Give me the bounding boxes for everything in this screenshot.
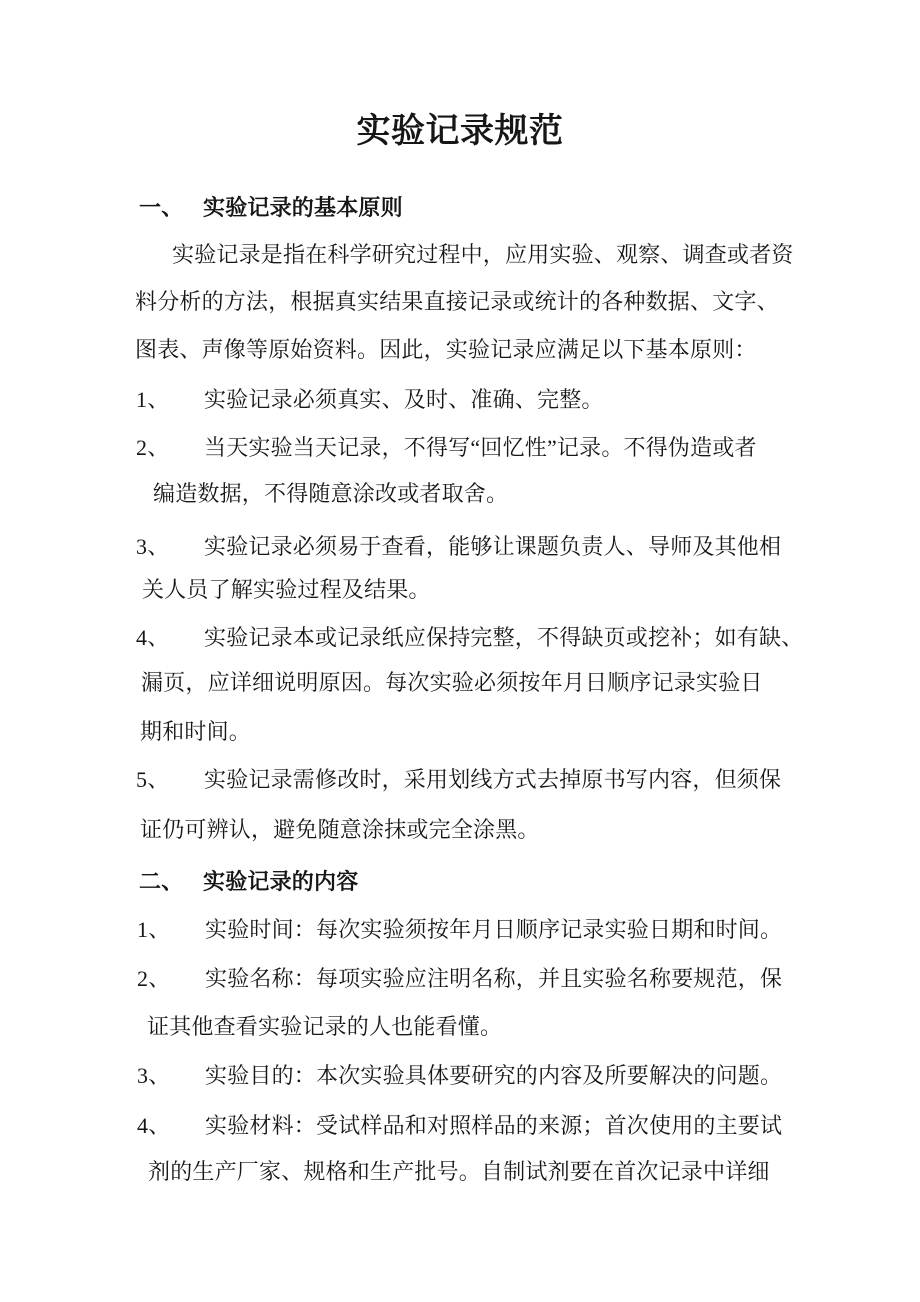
list-item-text: 实验材料：受试样品和对照样品的来源；首次使用的主要试 xyxy=(205,1113,782,1138)
list-item-text: 实验时间：每次实验须按年月日顺序记录实验日期和时间。 xyxy=(205,917,782,942)
list-item-line: 1、实验时间：每次实验须按年月日顺序记录实验日期和时间。 xyxy=(137,917,782,943)
section-heading-1: 一、实验记录的基本原则 xyxy=(139,195,403,221)
list-item-line: 1、实验记录必须真实、及时、准确、完整。 xyxy=(136,387,604,413)
list-item-number: 1、 xyxy=(137,917,205,943)
list-item-number: 3、 xyxy=(136,534,204,560)
section-heading-2-number: 二、 xyxy=(139,869,203,895)
list-item-number: 2、 xyxy=(137,966,205,992)
list-item-text: 实验目的：本次实验具体要研究的内容及所要解决的问题。 xyxy=(205,1063,782,1088)
list-item-line: 3、实验目的：本次实验具体要研究的内容及所要解决的问题。 xyxy=(137,1063,782,1089)
list-item-continuation: 漏页，应详细说明原因。每次实验必须按年月日顺序记录实验日 xyxy=(141,670,763,696)
list-item-text: 实验记录必须真实、及时、准确、完整。 xyxy=(204,387,604,412)
list-item-line: 4、实验记录本或记录纸应保持完整，不得缺页或挖补；如有缺、 xyxy=(136,625,803,651)
paragraph-line: 图表、声像等原始资料。因此，实验记录应满足以下基本原则： xyxy=(135,337,757,363)
list-item-continuation: 编造数据，不得随意涂改或者取舍。 xyxy=(153,481,508,507)
list-item-text: 实验记录本或记录纸应保持完整，不得缺页或挖补；如有缺、 xyxy=(204,625,803,650)
document-page: 实验记录规范 一、实验记录的基本原则 实验记录是指在科学研究过程中，应用实验、观… xyxy=(0,0,920,1302)
list-item-number: 5、 xyxy=(136,767,204,793)
list-item-continuation: 剂的生产厂家、规格和生产批号。自制试剂要在首次记录中详细 xyxy=(148,1159,770,1185)
list-item-number: 2、 xyxy=(136,435,204,461)
list-item-continuation: 证其他查看实验记录的人也能看懂。 xyxy=(147,1014,502,1040)
document-title: 实验记录规范 xyxy=(0,111,920,153)
paragraph-line: 料分析的方法，根据真实结果直接记录或统计的各种数据、文字、 xyxy=(135,289,779,315)
section-heading-1-number: 一、 xyxy=(139,195,203,221)
list-item-number: 4、 xyxy=(136,625,204,651)
list-item-number: 1、 xyxy=(136,387,204,413)
paragraph-line: 实验记录是指在科学研究过程中，应用实验、观察、调查或者资 xyxy=(172,242,794,268)
list-item-continuation: 期和时间。 xyxy=(140,719,251,745)
list-item-line: 2、实验名称：每项实验应注明名称，并且实验名称要规范，保 xyxy=(137,966,782,992)
section-heading-2: 二、实验记录的内容 xyxy=(139,869,358,895)
section-heading-2-label: 实验记录的内容 xyxy=(203,869,358,894)
list-item-line: 4、实验材料：受试样品和对照样品的来源；首次使用的主要试 xyxy=(137,1113,782,1139)
list-item-line: 2、当天实验当天记录，不得写“回忆性”记录。不得伪造或者 xyxy=(136,435,757,461)
list-item-number: 4、 xyxy=(137,1113,205,1139)
list-item-line: 3、实验记录必须易于查看，能够让课题负责人、导师及其他相 xyxy=(136,534,781,560)
list-item-text: 当天实验当天记录，不得写“回忆性”记录。不得伪造或者 xyxy=(204,435,757,460)
list-item-line: 5、实验记录需修改时，采用划线方式去掉原书写内容，但须保 xyxy=(136,767,781,793)
list-item-continuation: 证仍可辨认，避免随意涂抹或完全涂黑。 xyxy=(140,817,540,843)
section-heading-1-label: 实验记录的基本原则 xyxy=(203,195,403,220)
list-item-text: 实验记录必须易于查看，能够让课题负责人、导师及其他相 xyxy=(204,534,781,559)
list-item-number: 3、 xyxy=(137,1063,205,1089)
list-item-continuation: 关人员了解实验过程及结果。 xyxy=(142,577,431,603)
list-item-text: 实验名称：每项实验应注明名称，并且实验名称要规范，保 xyxy=(205,966,782,991)
list-item-text: 实验记录需修改时，采用划线方式去掉原书写内容，但须保 xyxy=(204,767,781,792)
